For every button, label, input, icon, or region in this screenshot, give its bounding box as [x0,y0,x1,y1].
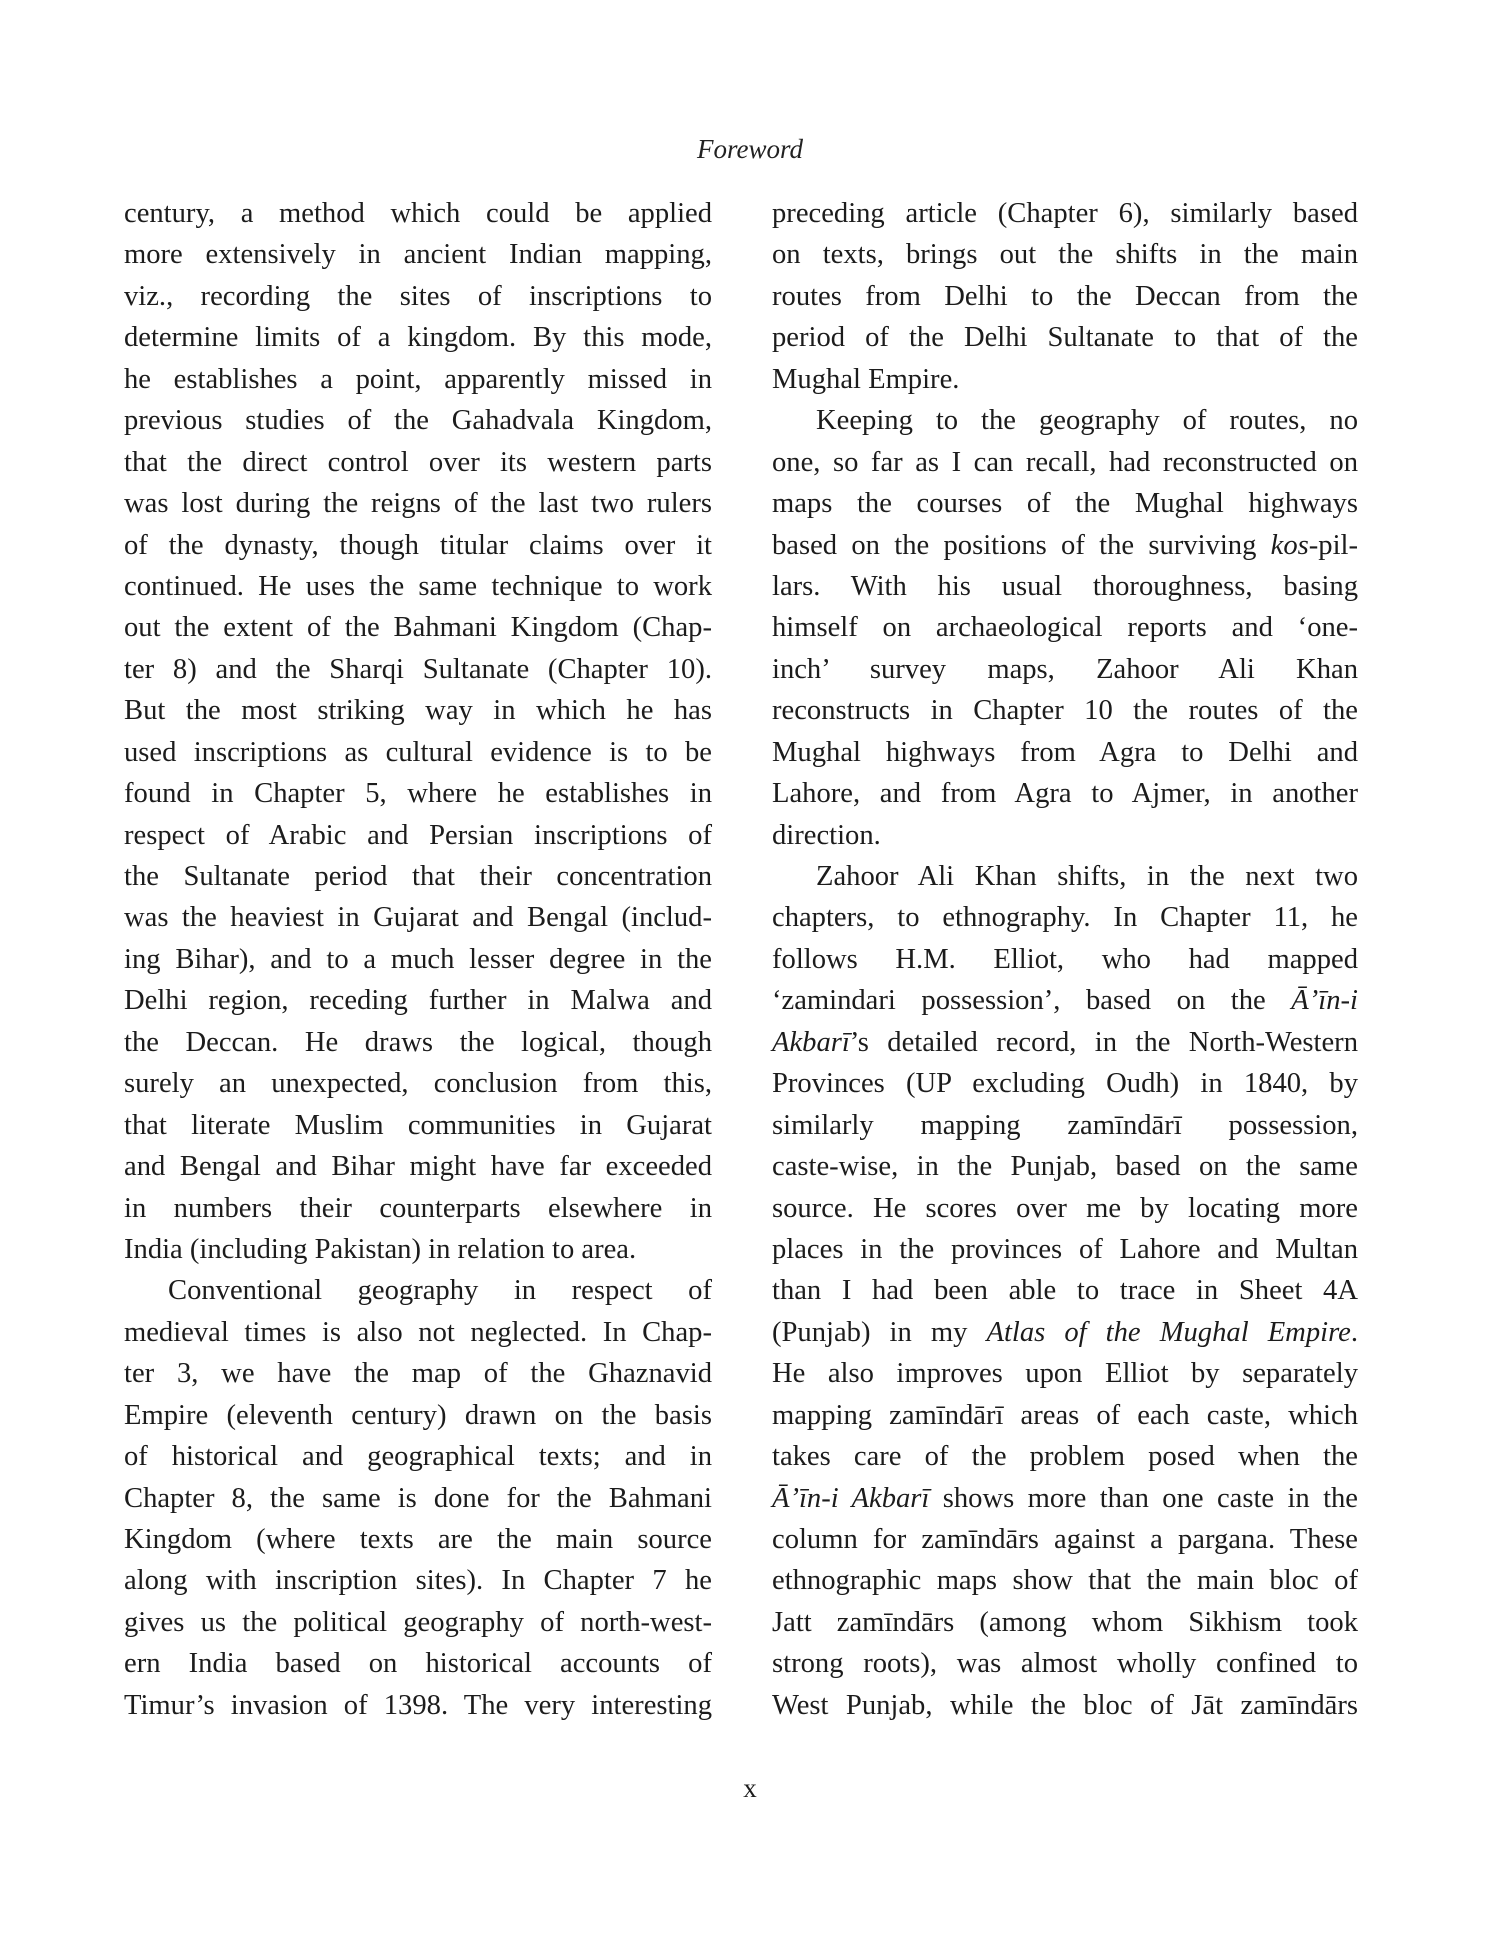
text-fragment: -pil- [1309,530,1358,561]
paragraph-start-line: Keeping to the geography of routes, no [772,400,1358,441]
text-line: follows H.M. Elliot, who had mapped [772,939,1358,980]
text-line: that literate Muslim communities in Guja… [124,1105,712,1146]
text-line: places in the provinces of Lahore and Mu… [772,1229,1358,1270]
text-line: respect of Arabic and Persian inscriptio… [124,815,712,856]
italic-book-title: Atlas of the Mughal Empire [987,1317,1351,1348]
text-line: on texts, brings out the shifts in the m… [772,234,1358,275]
text-line: He also improves upon Elliot by separate… [772,1353,1358,1394]
italic-term-ain-i-akbari: Ā’īn-i Akbarī [772,1483,929,1514]
text-line: maps the courses of the Mughal highways [772,483,1358,524]
text-line: caste-wise, in the Punjab, based on the … [772,1146,1358,1187]
text-line: takes care of the problem posed when the [772,1436,1358,1477]
text-line: similarly mapping zamīndārī possession, [772,1105,1358,1146]
text-line: found in Chapter 5, where he establishes… [124,773,712,814]
text-fragment: shows more than one caste in the [929,1483,1358,1514]
text-line: Chapter 8, the same is done for the Bahm… [124,1478,712,1519]
running-head: Foreword [0,133,1500,165]
paragraph-start-line: Zahoor Ali Khan shifts, in the next two [772,856,1358,897]
text-line: mapping zamīndārī areas of each caste, w… [772,1395,1358,1436]
text-line: reconstructs in Chapter 10 the routes of… [772,690,1358,731]
text-line: one, so far as I can recall, had reconst… [772,442,1358,483]
text-line: in numbers their counterparts elsewhere … [124,1188,712,1229]
text-line: chapters, to ethnography. In Chapter 11,… [772,897,1358,938]
text-line: preceding article (Chapter 6), similarly… [772,193,1358,234]
text-line: of the dynasty, though titular claims ov… [124,525,712,566]
text-line: ethnographic maps show that the main blo… [772,1560,1358,1601]
italic-term-ain-i: Ā’īn-i [1291,985,1358,1016]
text-line: ing Bihar), and to a much lesser degree … [124,939,712,980]
text-line: source. He scores over me by locating mo… [772,1188,1358,1229]
text-line: inch’ survey maps, Zahoor Ali Khan [772,649,1358,690]
text-line: Jatt zamīndārs (among whom Sikhism took [772,1602,1358,1643]
text-line: Delhi region, receding further in Malwa … [124,980,712,1021]
text-line: out the extent of the Bahmani Kingdom (C… [124,607,712,648]
text-line: column for zamīndārs against a pargana. … [772,1519,1358,1560]
text-line: West Punjab, while the bloc of Jāt zamīn… [772,1685,1358,1726]
text-fragment: . [1351,1317,1358,1348]
text-line: century, a method which could be applied [124,193,712,234]
text-line: surely an unexpected, conclusion from th… [124,1063,712,1104]
text-line: Empire (eleventh century) drawn on the b… [124,1395,712,1436]
text-line: ter 8) and the Sharqi Sultanate (Chapter… [124,649,712,690]
text-line: than I had been able to trace in Sheet 4… [772,1270,1358,1311]
paragraph-end-line: direction. [772,815,1358,856]
left-text-column: century, a method which could be applied… [124,193,712,1726]
text-line: along with inscription sites). In Chapte… [124,1560,712,1601]
text-line-with-italic: Akbarī’s detailed record, in the North-W… [772,1022,1358,1063]
text-line: Kingdom (where texts are the main source [124,1519,712,1560]
text-line: Timur’s invasion of 1398. The very inter… [124,1685,712,1726]
text-line: But the most striking way in which he ha… [124,690,712,731]
text-line: used inscriptions as cultural evidence i… [124,732,712,773]
right-text-column: preceding article (Chapter 6), similarly… [772,193,1358,1726]
paragraph-start-line: Conventional geography in respect of [124,1270,712,1311]
text-line-with-italic: (Punjab) in my Atlas of the Mughal Empir… [772,1312,1358,1353]
paragraph-end-line: Mughal Empire. [772,359,1358,400]
text-line: determine limits of a kingdom. By this m… [124,317,712,358]
text-line: routes from Delhi to the Deccan from the [772,276,1358,317]
text-line: ern India based on historical accounts o… [124,1643,712,1684]
text-line: the Deccan. He draws the logical, though [124,1022,712,1063]
italic-term-kos: kos [1271,530,1309,561]
text-line: ter 3, we have the map of the Ghaznavid [124,1353,712,1394]
text-line-with-italic: based on the positions of the surviving … [772,525,1358,566]
text-line: Lahore, and from Agra to Ajmer, in anoth… [772,773,1358,814]
text-line: medieval times is also not neglected. In… [124,1312,712,1353]
paragraph-end-line: India (including Pakistan) in relation t… [124,1229,712,1270]
text-line: lars. With his usual thoroughness, basin… [772,566,1358,607]
text-fragment: ‘zamindari possession’, based on the [772,985,1291,1016]
page-number: x [0,1772,1500,1804]
text-line: continued. He uses the same technique to… [124,566,712,607]
text-line: gives us the political geography of nort… [124,1602,712,1643]
text-line: of historical and geographical texts; an… [124,1436,712,1477]
text-line: that the direct control over its western… [124,442,712,483]
italic-term-akbari: Akbarī [772,1027,850,1058]
text-line: Mughal highways from Agra to Delhi and [772,732,1358,773]
text-line: period of the Delhi Sultanate to that of… [772,317,1358,358]
text-line: he establishes a point, apparently misse… [124,359,712,400]
text-line: more extensively in ancient Indian mappi… [124,234,712,275]
text-line-with-italic: ‘zamindari possession’, based on the Ā’ī… [772,980,1358,1021]
text-line: and Bengal and Bihar might have far exce… [124,1146,712,1187]
text-line-with-italic: Ā’īn-i Akbarī shows more than one caste … [772,1478,1358,1519]
text-fragment: (Punjab) in my [772,1317,987,1348]
text-line: himself on archaeological reports and ‘o… [772,607,1358,648]
text-fragment: ’s detailed record, in the North-Western [850,1027,1358,1058]
text-fragment: based on the positions of the surviving [772,530,1271,561]
text-line: Provinces (UP excluding Oudh) in 1840, b… [772,1063,1358,1104]
text-line: previous studies of the Gahadvala Kingdo… [124,400,712,441]
text-line: strong roots), was almost wholly confine… [772,1643,1358,1684]
text-line: viz., recording the sites of inscription… [124,276,712,317]
text-line: was lost during the reigns of the last t… [124,483,712,524]
text-line: was the heaviest in Gujarat and Bengal (… [124,897,712,938]
text-line: the Sultanate period that their concentr… [124,856,712,897]
